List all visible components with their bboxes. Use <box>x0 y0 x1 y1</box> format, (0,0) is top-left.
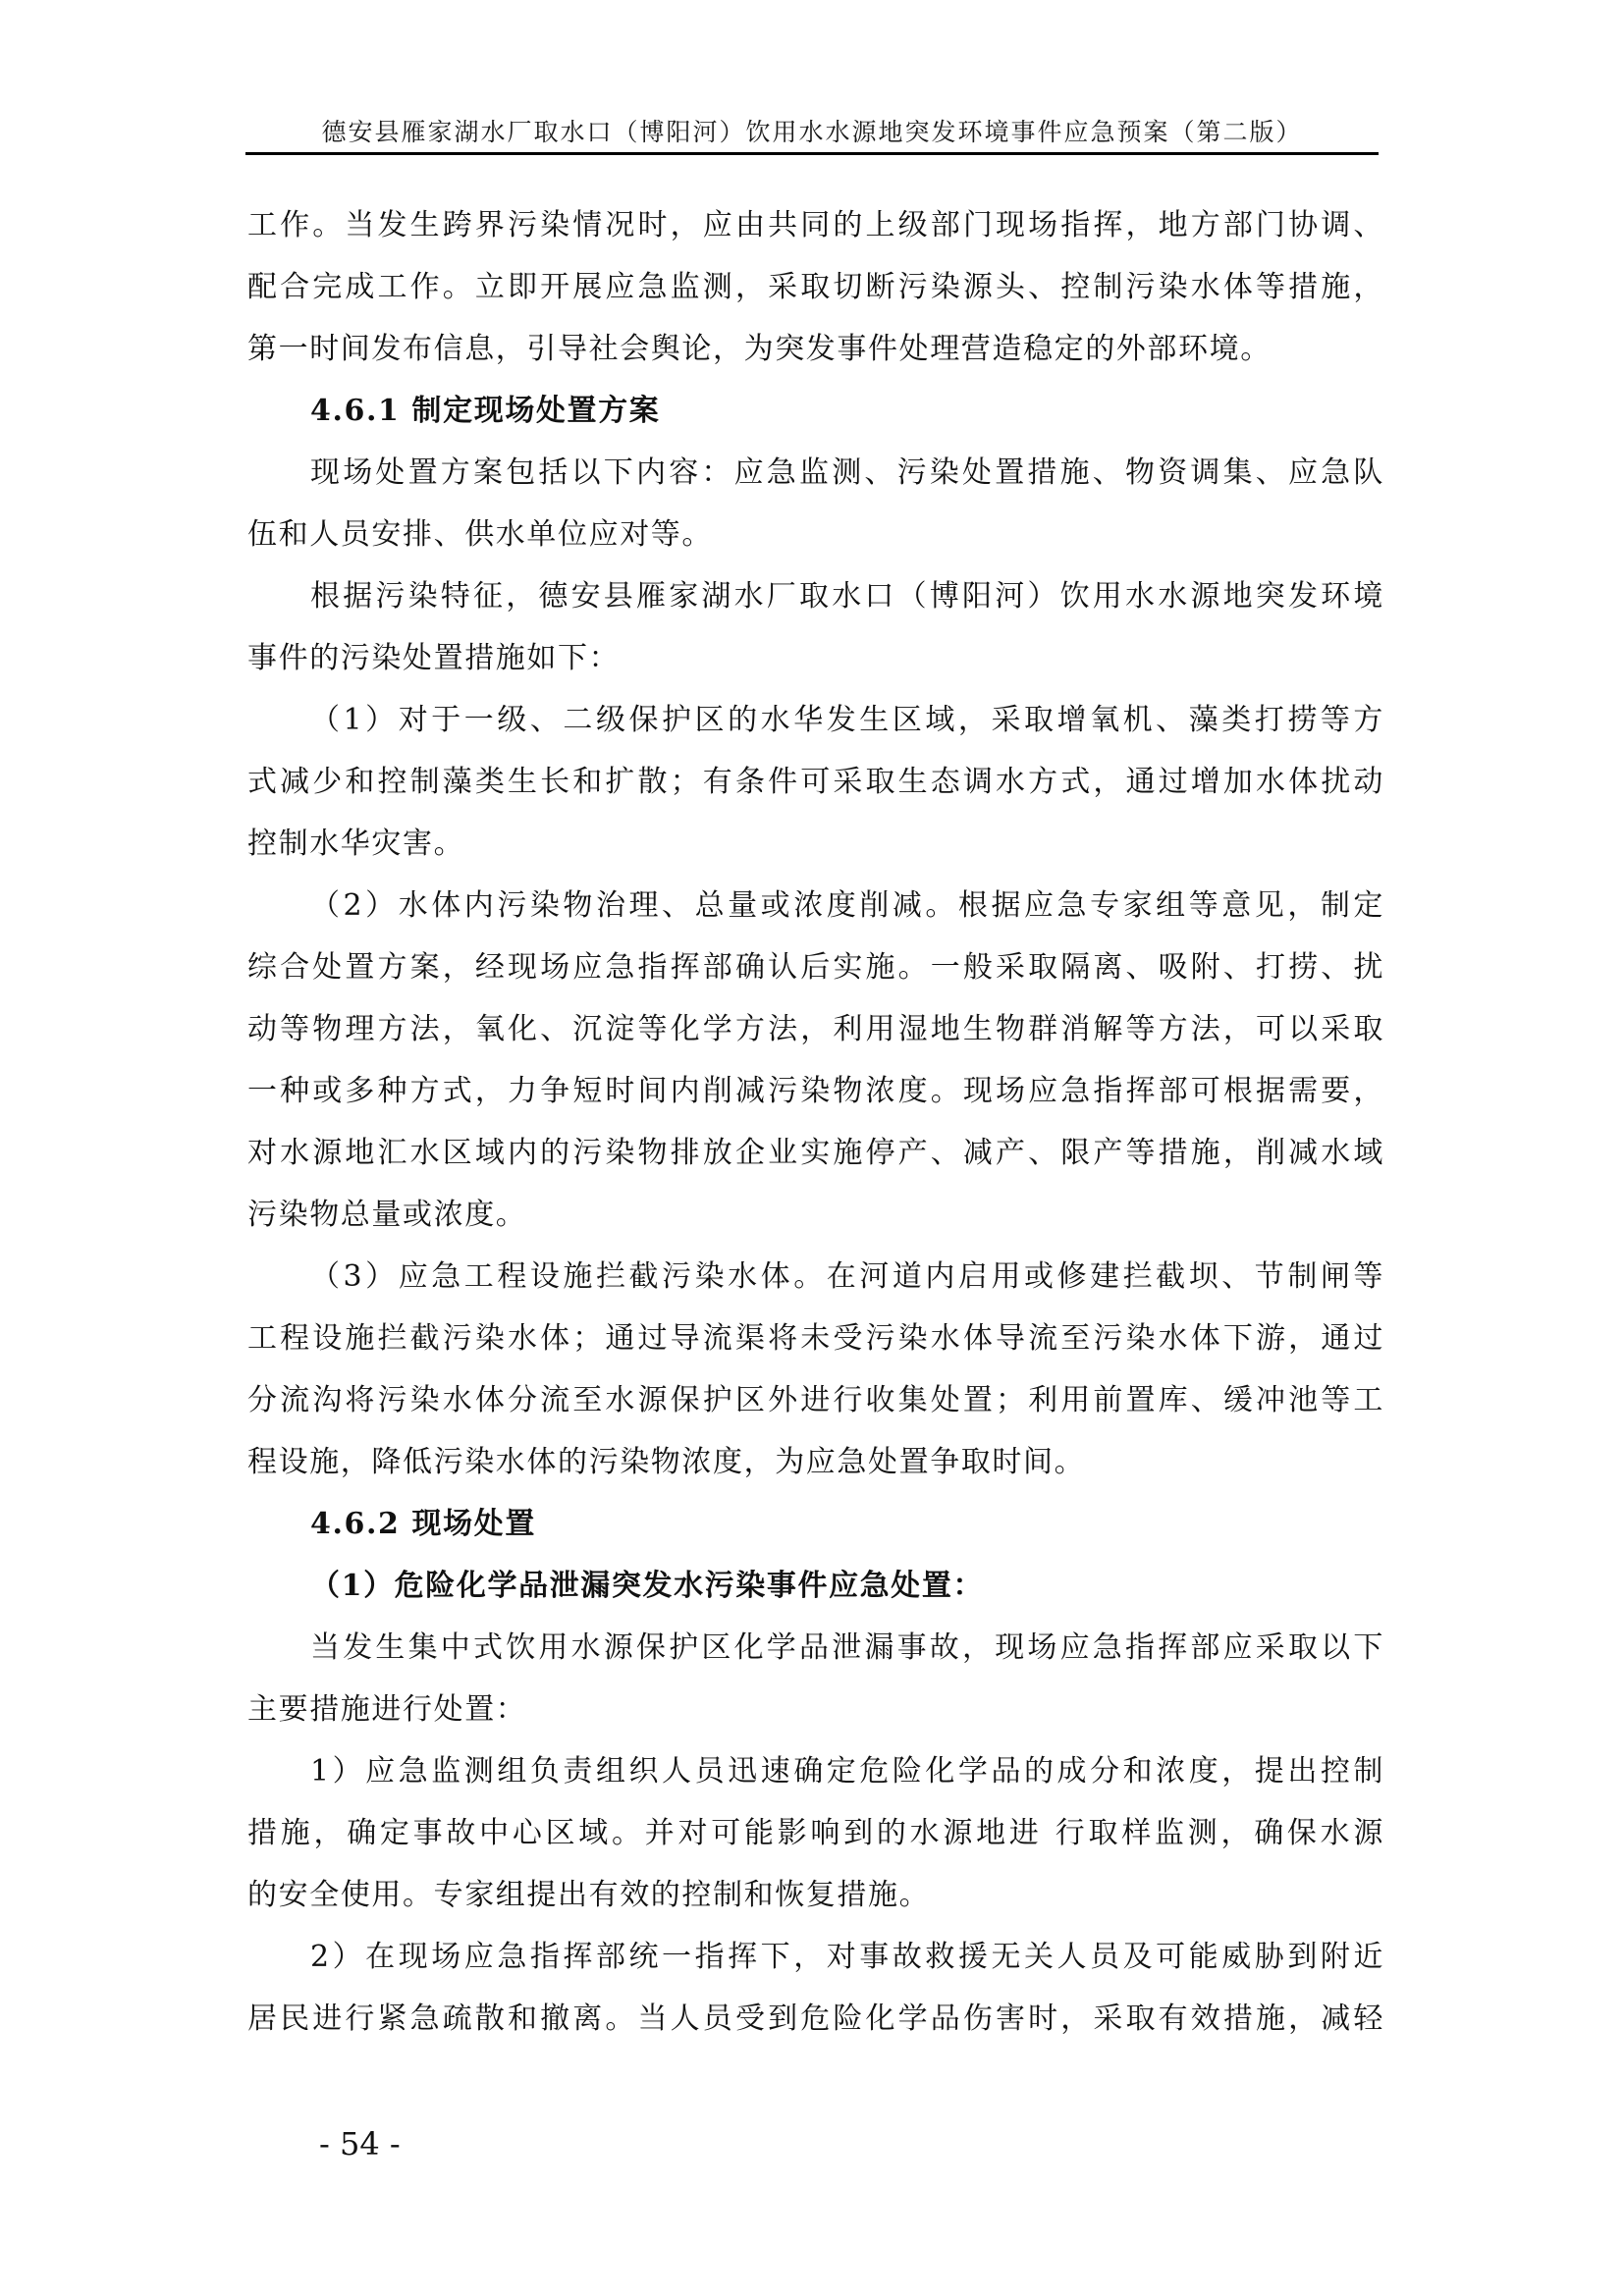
body-line: 主要措施进行处置： <box>247 1679 1384 1740</box>
body-line: 程设施，降低污染水体的污染物浓度，为应急处置争取时间。 <box>247 1431 1384 1493</box>
section-heading-4-6-2: 4.6.2 现场处置 <box>247 1493 1384 1555</box>
body-line: 式减少和控制藻类生长和扩散；有条件可采取生态调水方式，通过增加水体扰动 <box>247 751 1384 813</box>
list-item-3-line: （3）应急工程设施拦截污染水体。在河道内启用或修建拦截坝、节制闸等 <box>247 1246 1384 1308</box>
subsection-heading-chemical-leak: （1）危险化学品泄漏突发水污染事件应急处置： <box>247 1555 1384 1617</box>
body-line: 根据污染特征，德安县雁家湖水厂取水口（博阳河）饮用水水源地突发环境 <box>247 565 1384 627</box>
body-line: 一种或多种方式，力争短时间内削减污染物浓度。现场应急指挥部可根据需要， <box>247 1060 1384 1122</box>
body-line: 工作。当发生跨界污染情况时，应由共同的上级部门现场指挥，地方部门协调、 <box>247 194 1384 256</box>
body-line: 工程设施拦截污染水体；通过导流渠将未受污染水体导流至污染水体下游，通过 <box>247 1308 1384 1369</box>
body-line: 第一时间发布信息，引导社会舆论，为突发事件处理营造稳定的外部环境。 <box>247 318 1384 380</box>
section-heading-4-6-1: 4.6.1 制定现场处置方案 <box>247 380 1384 442</box>
body-line: 控制水华灾害。 <box>247 813 1384 875</box>
body-line: 当发生集中式饮用水源保护区化学品泄漏事故，现场应急指挥部应采取以下 <box>247 1617 1384 1679</box>
body-line: 对水源地汇水区域内的污染物排放企业实施停产、减产、限产等措施，削减水域 <box>247 1122 1384 1184</box>
page-number: - 54 - <box>319 2120 401 2167</box>
body-line: 动等物理方法，氧化、沉淀等化学方法，利用湿地生物群消解等方法，可以采取 <box>247 998 1384 1060</box>
body-line: 事件的污染处置措施如下： <box>247 627 1384 689</box>
body-line: 伍和人员安排、供水单位应对等。 <box>247 504 1384 565</box>
list-item-2-line: （2）水体内污染物治理、总量或浓度削减。根据应急专家组等意见，制定 <box>247 875 1384 936</box>
body-line: 居民进行紧急疏散和撤离。当人员受到危险化学品伤害时，采取有效措施，减轻 <box>247 1988 1384 2050</box>
body-line: 配合完成工作。立即开展应急监测，采取切断污染源头、控制污染水体等措施， <box>247 256 1384 318</box>
body-line: 分流沟将污染水体分流至水源保护区外进行收集处置；利用前置库、缓冲池等工 <box>247 1369 1384 1431</box>
list-item-step-1-line: 1）应急监测组负责组织人员迅速确定危险化学品的成分和浓度，提出控制 <box>247 1740 1384 1802</box>
list-item-step-2-line: 2）在现场应急指挥部统一指挥下，对事故救援无关人员及可能威胁到附近 <box>247 1926 1384 1988</box>
body-line: 的安全使用。专家组提出有效的控制和恢复措施。 <box>247 1864 1384 1926</box>
header-divider <box>245 152 1379 155</box>
list-item-1-line: （1）对于一级、二级保护区的水华发生区域，采取增氧机、藻类打捞等方 <box>247 689 1384 751</box>
body-line: 措施，确定事故中心区域。并对可能影响到的水源地进 行取样监测，确保水源 <box>247 1802 1384 1864</box>
document-body: 工作。当发生跨界污染情况时，应由共同的上级部门现场指挥，地方部门协调、 配合完成… <box>247 194 1384 2050</box>
body-line: 现场处置方案包括以下内容：应急监测、污染处置措施、物资调集、应急队 <box>247 442 1384 504</box>
body-line: 污染物总量或浓度。 <box>247 1184 1384 1246</box>
page-header-title: 德安县雁家湖水厂取水口（博阳河）饮用水水源地突发环境事件应急预案（第二版） <box>245 116 1379 151</box>
body-line: 综合处置方案，经现场应急指挥部确认后实施。一般采取隔离、吸附、打捞、扰 <box>247 936 1384 998</box>
